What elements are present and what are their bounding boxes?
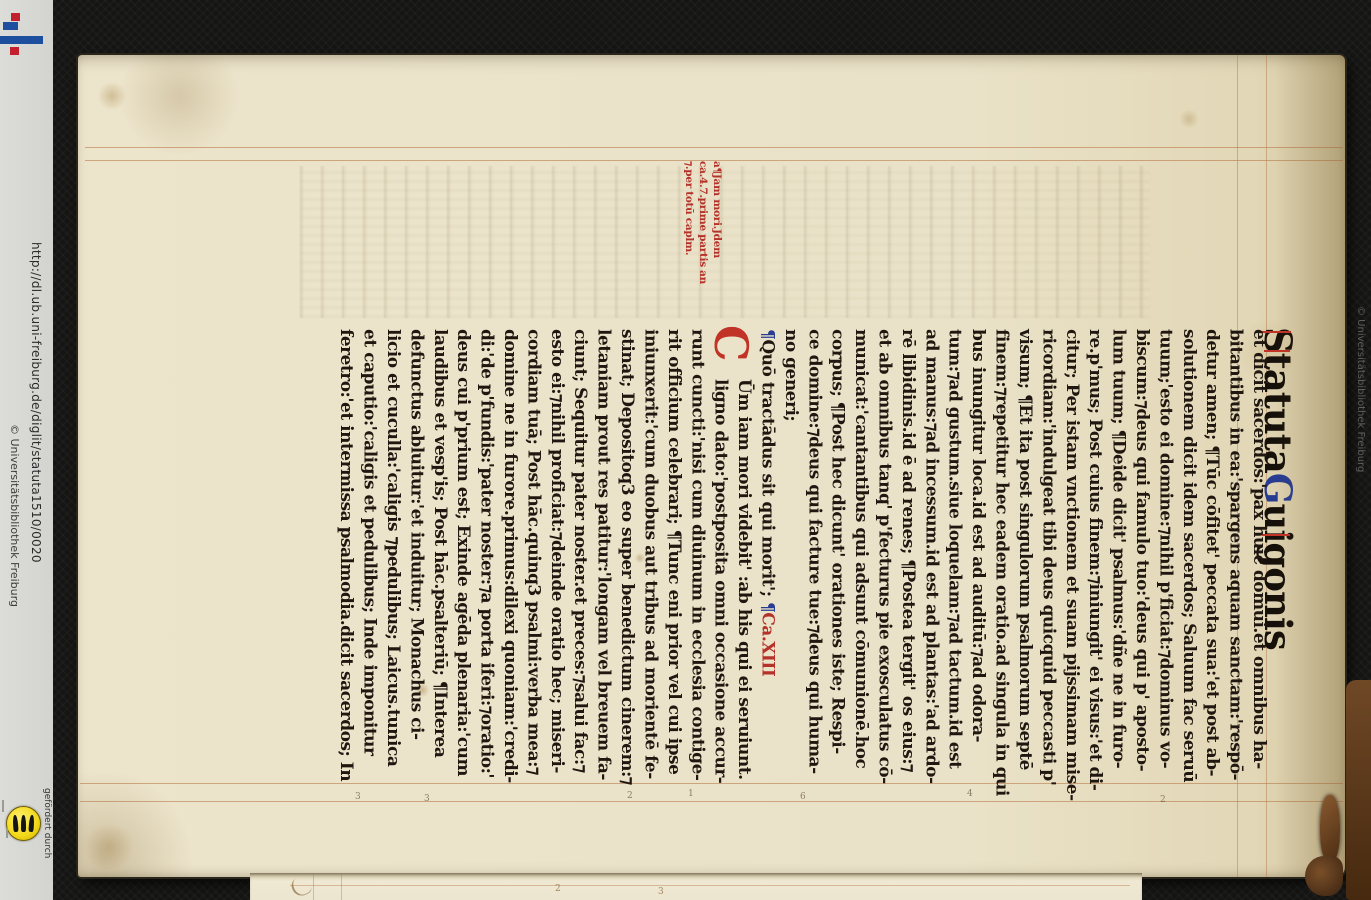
text-line: licio et cuculla:'caligis ⁊pedulibus; La… xyxy=(381,329,404,781)
foxing-stain xyxy=(1178,110,1200,128)
lion-glyph xyxy=(12,815,18,832)
text-line: laudibus et vesp'is; Post hāc.psalteriū;… xyxy=(427,329,450,781)
text-line: Ūm iam mori videbit' :ab his qui ei seru… xyxy=(732,329,755,781)
logo-red-square-top xyxy=(11,13,20,21)
text-line: rē libidinis.id ē ad renes; ¶Postea terg… xyxy=(896,329,919,781)
verso-show-through xyxy=(300,166,1150,318)
marginal-note-line: ca.4.7.prime partis an xyxy=(696,161,710,285)
clasp-fitting xyxy=(1305,856,1343,896)
text-line: defunctus abluitur:'et induitur; Monachu… xyxy=(404,329,427,781)
clipped-text-fragment xyxy=(2,800,4,812)
page-curvature-shadow xyxy=(1275,55,1345,877)
marginal-note-line: a¶Jam mori.Jdem xyxy=(710,161,724,285)
text-line: no generi; xyxy=(778,329,801,781)
logo-blue-bar-long xyxy=(0,36,43,44)
text-line: iniunxerit:'cum duobus aut tribus ad mor… xyxy=(638,329,661,781)
manuscript-page: StatutaGuigonis et dicit sacerdos:'pax h… xyxy=(78,55,1345,877)
text-line: ricordiam:'indulgeat tibi deus quicquid … xyxy=(1036,329,1059,781)
text-line: feretro:'et intermissa psalmodia.dicit s… xyxy=(334,329,357,781)
digitization-strip: http://dl.ub.uni-freiburg.de/diglit/stat… xyxy=(0,0,53,900)
ink-flourish xyxy=(289,874,313,899)
ruling-line xyxy=(80,801,1343,802)
text-line: et caputio:'caligis et pedulibus; Inde i… xyxy=(357,329,380,781)
text-line: di:'de p'fundis:'pater noster:⁊a porta i… xyxy=(474,329,497,781)
next-leaf-edge: 23 xyxy=(250,873,1142,900)
text-line: citur; Per istam vnctionem et suam pijss… xyxy=(1059,329,1082,781)
copyright-notice: © Universitätsbibliothek Freiburg xyxy=(8,424,21,607)
lion-glyph xyxy=(21,815,26,832)
margin-numeral: 3 xyxy=(424,794,430,804)
lion-glyph xyxy=(28,815,34,832)
text-line: bus inungitur loca.id est ad auditū:⁊ad … xyxy=(966,329,989,781)
text-line: solutionem dicit idem sacerdos; Saluum f… xyxy=(1176,329,1199,781)
drop-cap-initial: C xyxy=(707,325,755,362)
text-line: et ab omnibus tanq' p'fecturus pie exosc… xyxy=(872,329,895,781)
text-line: ligno dato:'postposita omni occasione ac… xyxy=(708,329,731,781)
margin-numeral: 3 xyxy=(355,792,361,802)
clipped-text-fragment xyxy=(6,828,8,838)
text-line: finem:⁊repetitur hec eadem oratio.ad sin… xyxy=(989,329,1012,781)
text-line: detur amen; ¶Tūc cōfitet' peccata sua:'e… xyxy=(1200,329,1223,781)
text-line: cordiam tuā; Post hāc.quinq3 psalmi:verb… xyxy=(521,329,544,781)
baden-wuerttemberg-coat-of-arms xyxy=(6,806,41,841)
clasp-fitting xyxy=(1320,795,1340,863)
text-line: municat:'cantantibus qui adsunt cōmunion… xyxy=(849,329,872,781)
text-line: rit officium celebrari; ¶Tunc eni prior … xyxy=(661,329,684,781)
text-line: visum; ¶Et ita post singulorum psalmorum… xyxy=(1013,329,1036,781)
foxing-stain xyxy=(96,83,128,109)
chapter-number: Ca.XIII xyxy=(757,612,777,676)
text-line: domine ne in furore.primus:dilexi quonia… xyxy=(498,329,521,781)
margin-numeral: 1 xyxy=(688,789,694,799)
pilcrow-icon: ¶ xyxy=(757,602,777,612)
text-line: re.p'mus; Post cuius finem:⁊iniungit' ei… xyxy=(1083,329,1106,781)
text-line: bitantibus in ea:'spargens aquam sanctam… xyxy=(1223,329,1246,781)
chapter-heading: ¶Quō tractādus sit qui morit'; ¶Ca.XIII xyxy=(755,329,778,781)
text-line: runt cuncti:'nisi cum diuinum in ecclesi… xyxy=(685,329,708,781)
ruling-line xyxy=(313,873,314,900)
text-line: letaniam prout res patitur:'longam vel b… xyxy=(591,329,614,781)
marginal-note: a¶Jam mori.Jdemca.4.7.prime partis an⁊.p… xyxy=(682,161,724,285)
margin-numeral: 2 xyxy=(627,791,633,801)
text-line: ad manus:⁊ad incessum.id est ad plantas:… xyxy=(919,329,942,781)
text-line: biscum:⁊deus qui famulo tuo:'deus qui p'… xyxy=(1130,329,1153,781)
source-url: http://dl.ub.uni-freiburg.de/diglit/stat… xyxy=(29,242,43,563)
pilcrow-icon: ¶ xyxy=(757,329,777,339)
text-line: corpus; ¶Post hec dicunt' orationes iste… xyxy=(825,329,848,781)
underpage-numeral: 3 xyxy=(658,887,664,897)
text-line: et dicit sacerdos:'pax huic domui.et omn… xyxy=(1247,329,1270,781)
text-line: stinat; Depositoq3 eo super benedictum c… xyxy=(615,329,638,781)
text-line: tum:⁊ad gustum.siue loquelam:⁊ad tactum.… xyxy=(942,329,965,781)
marginal-note-line: ⁊.per totū caplm. xyxy=(682,161,696,285)
edge-copyright-notice: © Universitätsbibliothek Freiburg xyxy=(1355,306,1366,472)
text-block: et dicit sacerdos:'pax huic domui.et omn… xyxy=(334,329,1270,781)
underpage-numeral: 2 xyxy=(555,884,561,894)
text-line: tuum;'esto ei domine:⁊nihil p'ficiat:⁊do… xyxy=(1153,329,1176,781)
foxing-stain xyxy=(82,825,136,869)
logo-blue-bar-short xyxy=(3,22,18,30)
margin-numeral: 2 xyxy=(1160,795,1166,805)
text-line: ciunt; Sequitur pater noster.et preces:⁊… xyxy=(568,329,591,781)
text-line: esto ei:⁊nihil proficiat:⁊deinde oratio … xyxy=(544,329,567,781)
margin-numeral: 6 xyxy=(800,792,806,802)
text-line: deus cui p'prium est; Exinde agēda plena… xyxy=(451,329,474,781)
ruling-line xyxy=(341,873,342,900)
ruling-line xyxy=(290,885,1130,886)
margin-numeral: 4 xyxy=(967,789,973,799)
funding-label: gefördert durch xyxy=(42,788,52,858)
text-line: lum tuum; ¶Deide dicit' psalmus:'dñe ne … xyxy=(1106,329,1129,781)
ruling-line xyxy=(85,147,1343,148)
text-line: ce domine:⁊deus qui facture tue:⁊deus qu… xyxy=(802,329,825,781)
logo-red-square-bottom xyxy=(10,47,19,55)
book-spine-leather xyxy=(1346,680,1371,900)
